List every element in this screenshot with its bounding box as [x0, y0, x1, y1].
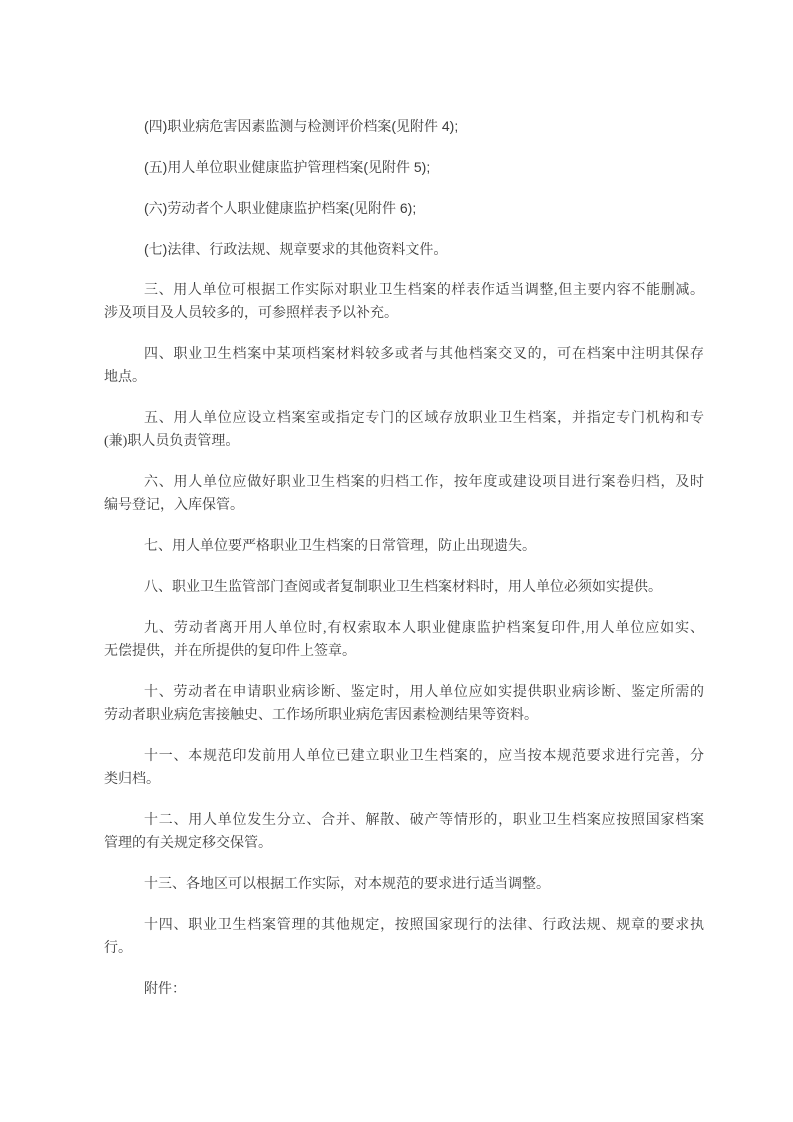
- paragraph-line: 地点。: [104, 366, 704, 389]
- paragraph-line: 十、劳动者在申请职业病诊断、鉴定时，用人单位应如实提供职业病诊断、鉴定所需的: [104, 681, 704, 704]
- paragraph-line: 四、职业卫生档案中某项档案材料较多或者与其他档案交叉的，可在档案中注明其保存: [104, 343, 704, 366]
- paragraph-line: 管理的有关规定移交保管。: [104, 832, 704, 855]
- paragraph-line: 六、用人单位应做好职业卫生档案的归档工作，按年度或建设项目进行案卷归档，及时: [104, 471, 704, 494]
- clause-11: 十一、本规范印发前用人单位已建立职业卫生档案的，应当按本规范要求进行完善，分 类…: [104, 745, 704, 791]
- paragraph-line: 三、用人单位可根据工作实际对职业卫生档案的样表作适当调整,但主要内容不能删减。: [104, 279, 704, 302]
- paragraph-line: 九、劳动者离开用人单位时,有权索取本人职业健康监护档案复印件,用人单位应如实、: [104, 617, 704, 640]
- clause-6: 六、用人单位应做好职业卫生档案的归档工作，按年度或建设项目进行案卷归档，及时 编…: [104, 471, 704, 517]
- clause-12: 十二、用人单位发生分立、合并、解散、破产等情形的，职业卫生档案应按照国家档案 管…: [104, 809, 704, 855]
- paragraph-line: 十四、职业卫生档案管理的其他规定，按照国家现行的法律、行政法规、规章的要求执: [104, 914, 704, 937]
- clause-8: 八、职业卫生监管部门查阅或者复制职业卫生档案材料时，用人单位必须如实提供。: [104, 576, 704, 599]
- list-item-other-documents: (七)法律、行政法规、规章要求的其他资料文件。: [104, 238, 704, 261]
- clause-10: 十、劳动者在申请职业病诊断、鉴定时，用人单位应如实提供职业病诊断、鉴定所需的 劳…: [104, 681, 704, 727]
- clause-13: 十三、各地区可以根据工作实际，对本规范的要求进行适当调整。: [104, 873, 704, 896]
- paragraph-line: (四)职业病危害因素监测与检测评价档案(见附件 4);: [104, 115, 704, 138]
- paragraph-line: 编号登记，入库保管。: [104, 494, 704, 517]
- list-item-attachment-4: (四)职业病危害因素监测与检测评价档案(见附件 4);: [104, 115, 704, 138]
- paragraph-line: 十一、本规范印发前用人单位已建立职业卫生档案的，应当按本规范要求进行完善，分: [104, 745, 704, 768]
- paragraph-line: 七、用人单位要严格职业卫生档案的日常管理，防止出现遗失。: [104, 535, 704, 558]
- clause-7: 七、用人单位要严格职业卫生档案的日常管理，防止出现遗失。: [104, 535, 704, 558]
- paragraph-line: 十二、用人单位发生分立、合并、解散、破产等情形的，职业卫生档案应按照国家档案: [104, 809, 704, 832]
- clause-3: 三、用人单位可根据工作实际对职业卫生档案的样表作适当调整,但主要内容不能删减。 …: [104, 279, 704, 325]
- paragraph-line: 类归档。: [104, 768, 704, 791]
- paragraph-line: (七)法律、行政法规、规章要求的其他资料文件。: [104, 238, 704, 261]
- paragraph-line: 五、用人单位应设立档案室或指定专门的区域存放职业卫生档案，并指定专门机构和专: [104, 407, 704, 430]
- paragraph-line: 附件：: [104, 978, 704, 1001]
- paragraph-line: (五)用人单位职业健康监护管理档案(见附件 5);: [104, 156, 704, 179]
- clause-9: 九、劳动者离开用人单位时,有权索取本人职业健康监护档案复印件,用人单位应如实、 …: [104, 617, 704, 663]
- paragraph-line: 十三、各地区可以根据工作实际，对本规范的要求进行适当调整。: [104, 873, 704, 896]
- paragraph-line: (兼)职人员负责管理。: [104, 430, 704, 453]
- paragraph-line: (六)劳动者个人职业健康监护档案(见附件 6);: [104, 197, 704, 220]
- paragraph-line: 劳动者职业病危害接触史、工作场所职业病危害因素检测结果等资料。: [104, 704, 704, 727]
- document-page: (四)职业病危害因素监测与检测评价档案(见附件 4); (五)用人单位职业健康监…: [0, 0, 793, 1122]
- paragraph-line: 八、职业卫生监管部门查阅或者复制职业卫生档案材料时，用人单位必须如实提供。: [104, 576, 704, 599]
- paragraph-line: 无偿提供，并在所提供的复印件上签章。: [104, 640, 704, 663]
- clause-4: 四、职业卫生档案中某项档案材料较多或者与其他档案交叉的，可在档案中注明其保存 地…: [104, 343, 704, 389]
- attachment-heading: 附件：: [104, 978, 704, 1001]
- paragraph-line: 涉及项目及人员较多的，可参照样表予以补充。: [104, 302, 704, 325]
- document-body: (四)职业病危害因素监测与检测评价档案(见附件 4); (五)用人单位职业健康监…: [104, 115, 704, 1019]
- paragraph-line: 行。: [104, 937, 704, 960]
- clause-14: 十四、职业卫生档案管理的其他规定，按照国家现行的法律、行政法规、规章的要求执 行…: [104, 914, 704, 960]
- clause-5: 五、用人单位应设立档案室或指定专门的区域存放职业卫生档案，并指定专门机构和专 (…: [104, 407, 704, 453]
- list-item-attachment-6: (六)劳动者个人职业健康监护档案(见附件 6);: [104, 197, 704, 220]
- list-item-attachment-5: (五)用人单位职业健康监护管理档案(见附件 5);: [104, 156, 704, 179]
